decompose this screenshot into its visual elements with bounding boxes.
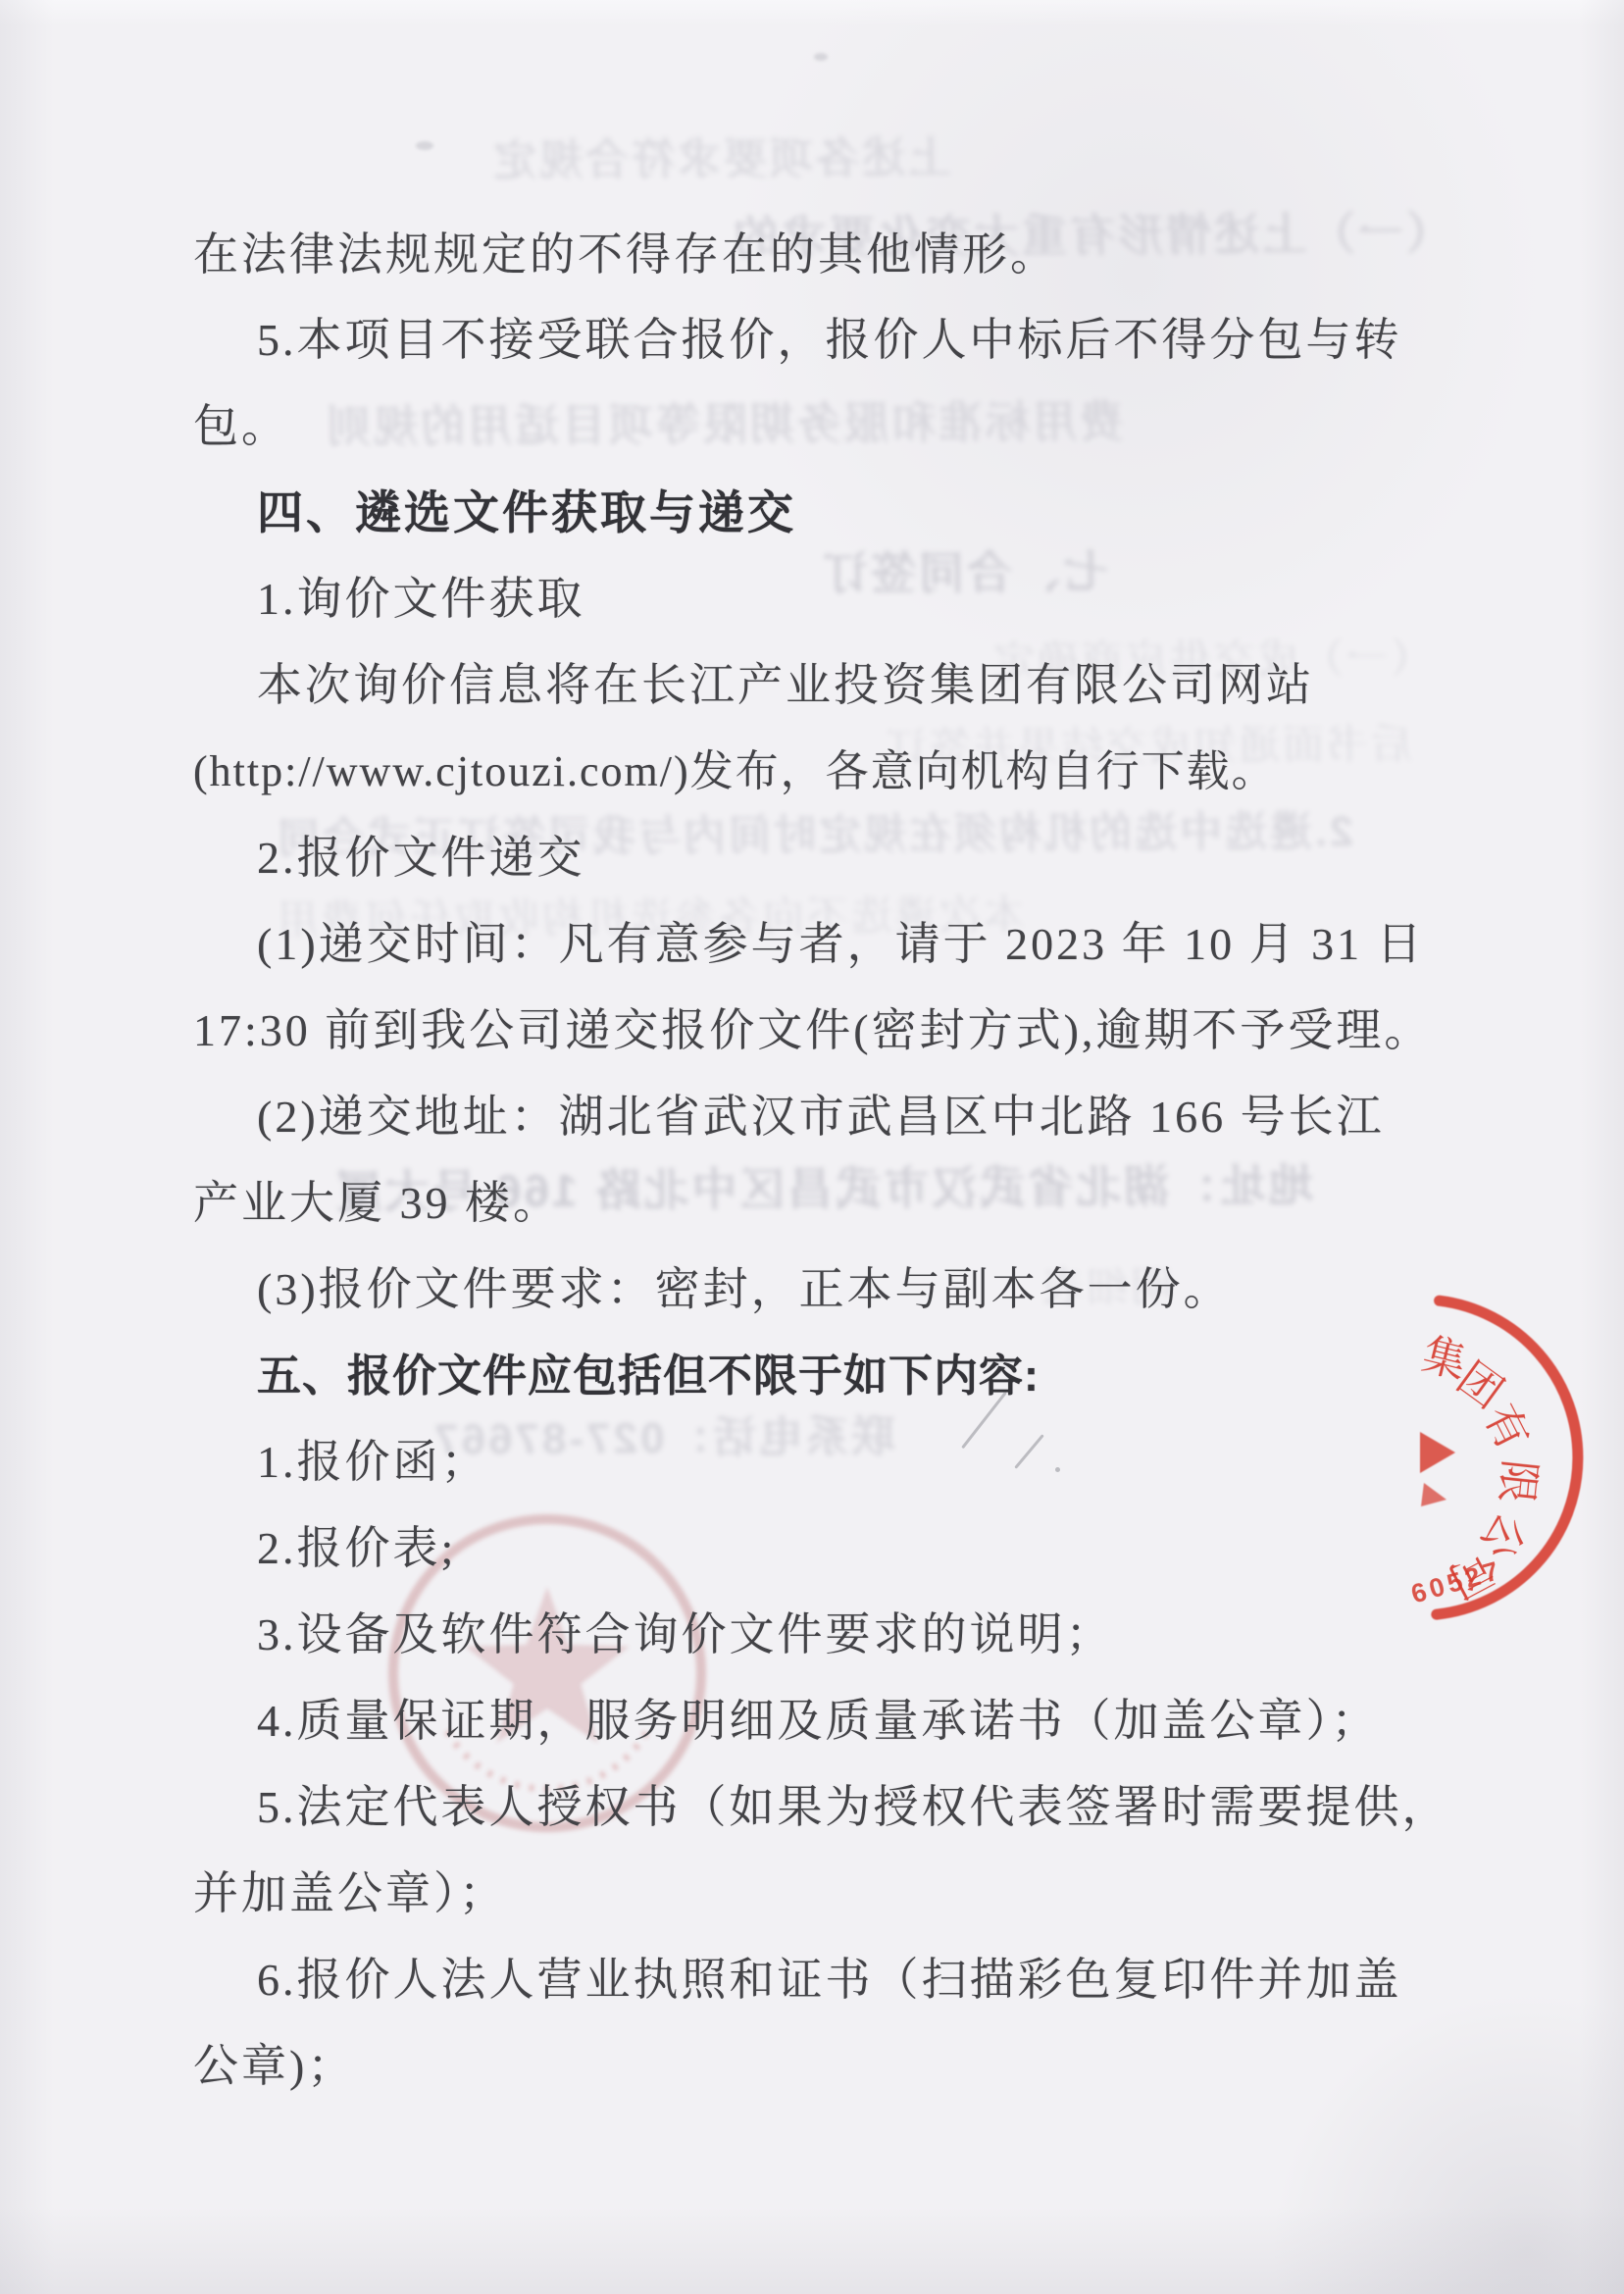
company-seal-stamp <box>0 0 1624 2294</box>
seal-star-fragment <box>1420 1432 1455 1473</box>
scanned-document-page: 上述各项要求符合规定 （一）上述情形有重大变化要求的 费用标准和服务期限等项目适… <box>0 0 1624 2294</box>
seal-star-fragment <box>1421 1483 1446 1506</box>
seal-arc-char: 限 <box>1489 1457 1555 1506</box>
